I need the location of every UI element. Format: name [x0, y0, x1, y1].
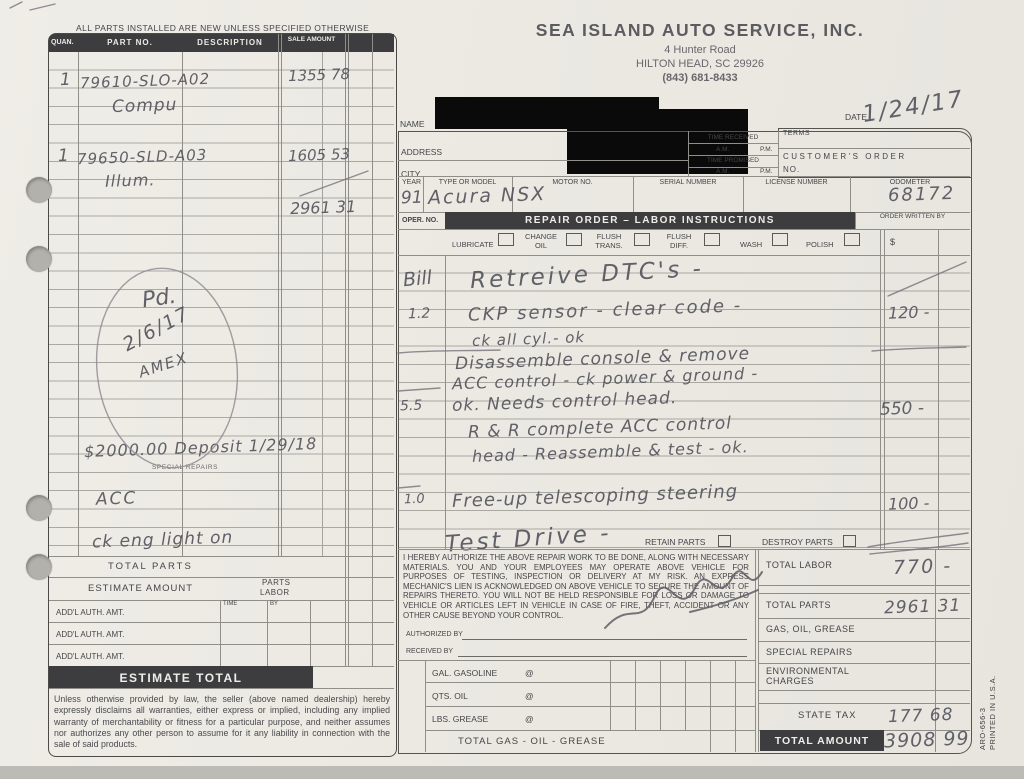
total-gas-oil-grease-label: TOTAL GAS - OIL - GREASE [458, 736, 606, 747]
environmental-charges-label: ENVIRONMENTAL CHARGES [766, 666, 866, 686]
model-value: Acura NSX [428, 183, 547, 209]
company-phone: (843) 681-8433 [420, 72, 980, 84]
paper-sheet: ALL PARTS INSTALLED ARE NEW UNLESS SPECI… [0, 0, 1024, 766]
oil-at-sign: @ [525, 691, 534, 701]
printed-in-usa: PRINTED IN U.S.A. [988, 600, 997, 750]
received-by-label: RECEIVED BY [406, 648, 453, 655]
total-parts-right-label: TOTAL PARTS [766, 600, 831, 610]
gas-oil-grease-total-label: GAS, OIL, GREASE [766, 624, 855, 634]
labor-oper: 1.2 [408, 306, 431, 323]
part-row-amount: 1605 53 [288, 145, 351, 165]
service-wash-label: WASH [740, 240, 762, 249]
total-amount-label: TOTAL AMOUNT [760, 735, 884, 747]
total-labor-label: TOTAL LABOR [766, 560, 832, 570]
part-row-amount: 1355 78 [288, 65, 351, 85]
total-labor-value: 770 - [893, 555, 953, 579]
addl-auth-label: ADD'L AUTH. AMT. [56, 652, 124, 661]
service-polish-label: POLISH [806, 240, 834, 249]
gas-at-sign: @ [525, 668, 534, 678]
by-label: BY [270, 601, 278, 607]
customer-order-label: CUSTOMER'S ORDER [783, 152, 907, 161]
part-row-quan: 1 [58, 146, 70, 166]
labor-col-label: LABOR [260, 588, 290, 597]
parts-header-saleamount: SALE AMOUNT [278, 36, 345, 43]
company-city: HILTON HEAD, SC 29926 [420, 58, 980, 70]
disclaimer-text: Unless otherwise provided by law, the se… [54, 694, 390, 750]
oil-qts-label: QTS. OIL [432, 691, 468, 701]
punch-hole [26, 554, 52, 580]
labor-oper: 5.5 [400, 398, 423, 415]
time-label: TIME [223, 601, 237, 607]
parts-col-label: PARTS [262, 578, 290, 587]
company-name: SEA ISLAND AUTO SERVICE, INC. [420, 20, 980, 41]
pm-label: P.M. [760, 168, 773, 175]
authorization-text: I HEREBY AUTHORIZE THE ABOVE REPAIR WORK… [403, 553, 749, 620]
am-label: A.M. [716, 168, 729, 175]
gas-gasoline-label: GAL. GASOLINE [432, 668, 497, 678]
grease-lbs-label: LBS. GREASE [432, 714, 488, 724]
odometer-value: 68172 [888, 183, 956, 206]
time-received-label: TIME RECEIVED [688, 134, 778, 141]
serial-label: SERIAL NUMBER [633, 179, 743, 186]
time-promised-label: TIME PROMISED [688, 157, 778, 164]
customer-order-no-label: NO. [783, 165, 800, 174]
part-row-desc: Compu [112, 95, 178, 117]
retain-parts-label: RETAIN PARTS [645, 537, 705, 547]
destroy-parts-label: DESTROY PARTS [762, 537, 833, 547]
dollar-sign: $ [890, 237, 895, 247]
acc-note: ACC [96, 488, 138, 509]
lubricate-checkbox [498, 233, 514, 246]
state-tax-label: STATE TAX [798, 710, 856, 721]
year-value: 91 [401, 188, 423, 209]
special-repairs-small-label: SPECIAL REPAIRS [152, 464, 218, 471]
punch-hole [26, 177, 52, 203]
date-value: 1/24/17 [861, 86, 966, 128]
total-amount-value: 3908 99 [884, 728, 970, 753]
grease-at-sign: @ [525, 714, 534, 724]
estimate-total-label: ESTIMATE TOTAL [49, 671, 313, 685]
addl-auth-label: ADD'L AUTH. AMT. [56, 630, 124, 639]
top-note: ALL PARTS INSTALLED ARE NEW UNLESS SPECI… [76, 23, 369, 33]
parts-ruled-lines [49, 52, 394, 557]
total-parts-label: TOTAL PARTS [108, 561, 193, 572]
redaction-name [435, 97, 659, 129]
city-label: CITY [401, 169, 420, 179]
redaction-name-2 [650, 109, 748, 129]
retain-parts-checkbox [718, 535, 731, 547]
destroy-parts-checkbox [843, 535, 856, 547]
license-label: LICENSE NUMBER [743, 179, 850, 186]
labor-oper: 1.0 [404, 492, 425, 508]
company-street: 4 Hunter Road [420, 44, 980, 56]
address-label: ADDRESS [401, 147, 442, 157]
labor-amount: 550 - [880, 398, 925, 420]
estimate-amount-label: ESTIMATE AMOUNT [88, 583, 193, 594]
labor-amount: 100 - [888, 493, 930, 513]
part-row-desc: Illum. [105, 170, 156, 191]
parts-header-description: DESCRIPTION [182, 38, 278, 47]
oper-no-label: OPER. NO. [402, 217, 438, 224]
pm-label: P.M. [760, 146, 773, 153]
service-change-oil-label: CHANGE OIL [520, 233, 562, 250]
scanned-repair-order: { "note_top": "ALL PARTS INSTALLED ARE N… [0, 0, 1024, 779]
punch-hole [26, 246, 52, 272]
service-flush-diff-label: FLUSH DIFF. [658, 233, 700, 250]
form-code: ARO-656-3 [978, 620, 987, 750]
service-lubricate-label: LUBRICATE [452, 240, 494, 249]
wash-checkbox [772, 233, 788, 246]
parts-header-quan: QUAN. [51, 39, 74, 46]
labor-oper: Bill [402, 267, 433, 291]
name-label: NAME [400, 119, 425, 129]
terms-label: TERMS [783, 130, 810, 137]
total-parts-right-value: 2961 31 [884, 596, 962, 619]
flush-diff-checkbox [704, 233, 720, 246]
change-oil-checkbox [566, 233, 582, 246]
year-label: YEAR [402, 179, 421, 186]
punch-hole [26, 495, 52, 521]
flush-trans-checkbox [634, 233, 650, 246]
polish-checkbox [844, 233, 860, 246]
state-tax-value: 177 68 [888, 705, 954, 727]
labor-amount: 120 - [888, 302, 930, 322]
am-label: A.M. [716, 146, 729, 153]
part-row-quan: 1 [60, 70, 72, 90]
addl-auth-label: ADD'L AUTH. AMT. [56, 608, 124, 617]
special-repairs-total-label: SPECIAL REPAIRS [766, 647, 853, 657]
order-written-by-label: ORDER WRITTEN BY [855, 213, 970, 221]
parts-total-value: 2961 31 [290, 197, 357, 218]
authorized-by-label: AUTHORIZED BY [406, 631, 463, 638]
scan-background [0, 766, 1024, 779]
repair-order-title: REPAIR ORDER – LABOR INSTRUCTIONS [445, 215, 855, 226]
parts-header-partno: PART NO. [78, 38, 182, 47]
service-flush-trans-label: FLUSH TRANS. [588, 233, 630, 250]
